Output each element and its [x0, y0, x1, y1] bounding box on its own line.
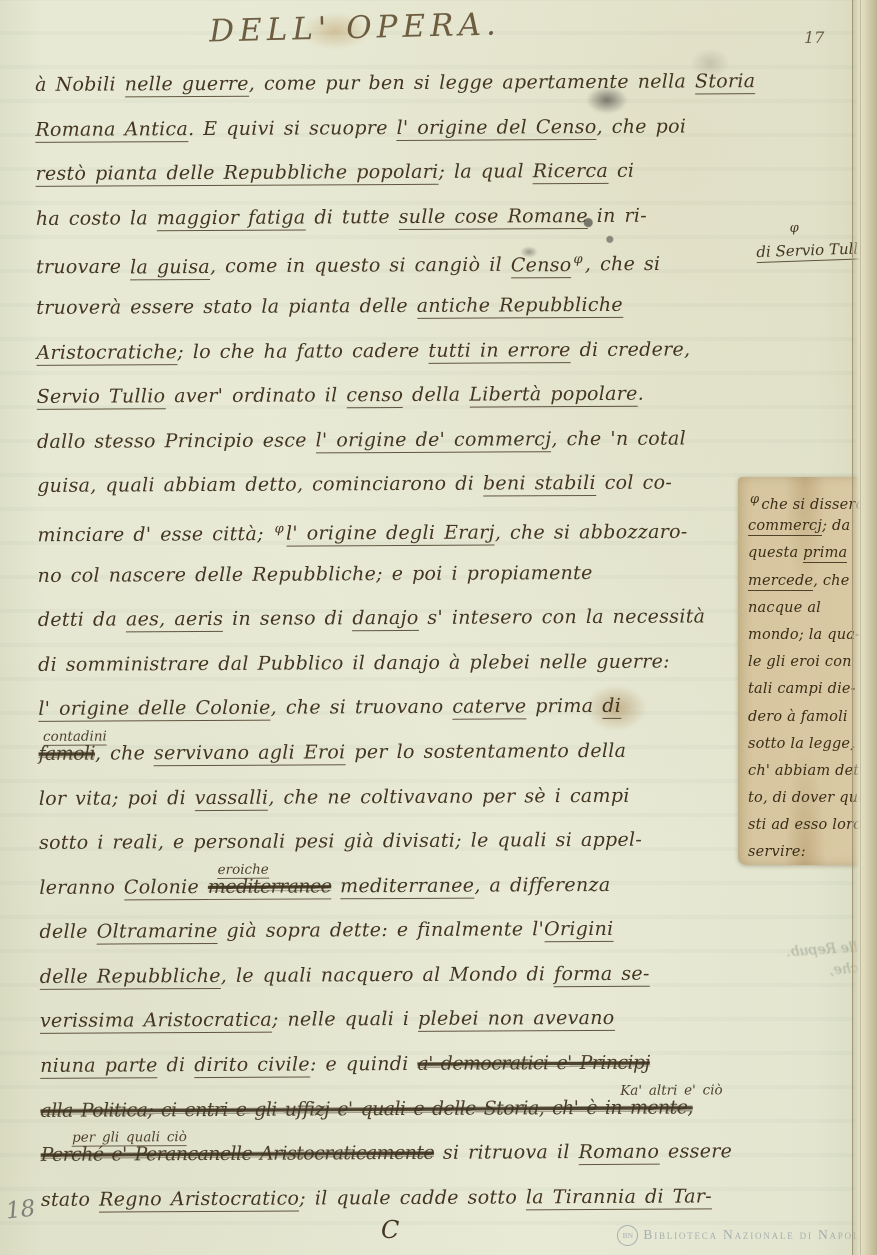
- text-segment: sotto i reali, e personali pesi già divi…: [39, 829, 642, 854]
- text-segment: aes, aeris: [126, 608, 224, 633]
- text-segment: , che: [95, 742, 154, 764]
- text-segment: Romana Antica: [35, 118, 188, 143]
- slip-line: tali campi die-: [748, 677, 868, 704]
- text-segment: in senso di: [223, 607, 352, 630]
- text-segment: le gli eroi con: [748, 654, 852, 670]
- text-segment: , che si truovano: [271, 696, 453, 719]
- text-segment: aver' ordinato il: [165, 384, 346, 407]
- text-segment: truoverà essere stato la pianta delle: [36, 295, 417, 319]
- text-segment: servivano agli Eroi: [154, 741, 346, 766]
- text-segment: . E quivi si scuopre: [188, 117, 397, 140]
- text-segment: Oltramarine: [97, 920, 218, 945]
- text-segment: alla Politica; ci entri e gli uffizj e' …: [40, 1096, 692, 1121]
- slip-line: φche si dissero: [748, 487, 868, 514]
- text-segment: Perché e' Perancanelle Aristocraticament…: [41, 1142, 434, 1166]
- slip-line: sotto la legge,: [748, 732, 868, 759]
- text-segment: ; la qual: [438, 160, 532, 182]
- text-segment: delle Repubbliche: [40, 965, 221, 990]
- text-segment: dero à famoli: [748, 709, 848, 725]
- text-segment: ha costo la: [36, 207, 157, 230]
- text-segment: , che: [813, 573, 849, 589]
- text-segment: l' origine delle Colonie: [38, 697, 270, 722]
- manuscript-line: minciare d' esse città; φl' origine degl…: [37, 506, 759, 554]
- text-segment: à Nobili: [35, 73, 125, 95]
- text-segment: Origini: [544, 918, 614, 942]
- text-segment: dallo stesso Principio esce: [37, 429, 316, 452]
- text-segment: ; da: [822, 518, 850, 534]
- manuscript-line: l' origine delle Colonie, che si truovan…: [38, 684, 760, 732]
- text-segment: , come in questo si cangiò il: [210, 254, 511, 278]
- text-segment: [331, 875, 340, 897]
- text-segment: forma se-: [554, 963, 650, 988]
- manuscript-line: guisa, quali abbiam detto, cominciarono …: [37, 461, 759, 509]
- text-segment: mercede: [748, 573, 813, 591]
- manuscript-line: restò pianta delle Repubbliche popolari;…: [35, 149, 757, 197]
- insertion-mark: φ: [275, 522, 284, 537]
- text-segment: commercj: [748, 518, 822, 536]
- text-segment: minciare d' esse città;: [37, 523, 272, 546]
- text-segment: stato: [41, 1188, 99, 1210]
- page-title: DELL' OPERA.: [140, 5, 571, 51]
- text-segment: antiche Repubbliche: [417, 294, 623, 319]
- slip-line: le gli eroi con: [748, 650, 868, 677]
- text-segment: col co-: [596, 472, 672, 494]
- text-segment: di: [602, 695, 621, 719]
- text-segment: , che si: [585, 253, 661, 275]
- text-segment: la guisa: [130, 256, 210, 280]
- text-segment: .: [638, 383, 644, 405]
- book-page-edge-line: [860, 0, 861, 1255]
- manuscript-line: truoverà essere stato la pianta delle an…: [36, 283, 758, 331]
- text-segment: plebei non avevano: [418, 1007, 615, 1032]
- text-segment: delle: [39, 921, 96, 943]
- text-segment: in ri-: [588, 204, 647, 226]
- text-segment: l' origine del Censo: [397, 116, 597, 141]
- text-segment: della: [403, 384, 469, 406]
- library-stamp: BN Biblioteca Nazionale di Napoli: [617, 1223, 865, 1247]
- text-segment: detti da: [38, 609, 126, 631]
- text-segment: leranno: [39, 876, 124, 898]
- manuscript-line: leranno Colonie mediterraneeeroiche medi…: [39, 863, 761, 911]
- text-segment: no col nascere delle Repubbliche; e poi …: [38, 562, 593, 587]
- text-segment: sti ad esso loro: [748, 817, 862, 833]
- text-segment: truovare: [36, 256, 130, 278]
- insertion-mark: φ: [750, 492, 759, 507]
- text-segment: si ritruova il: [434, 1141, 579, 1164]
- slip-line: nacque al: [748, 596, 868, 623]
- insertion-mark: φ: [573, 252, 582, 267]
- text-segment: di somministrare dal Pubblico il danajo …: [38, 650, 670, 675]
- text-segment: che si dissero: [761, 497, 864, 513]
- manuscript-line: à Nobili nelle guerre, come pur ben si l…: [35, 60, 757, 108]
- slip-line: servire:: [748, 840, 868, 867]
- slip-line: to, di dover que-: [748, 786, 868, 813]
- interlinear-insertion: eroiche: [218, 862, 269, 878]
- text-segment: , che poi: [596, 115, 686, 137]
- text-segment: Aristocratiche: [36, 341, 177, 366]
- text-segment: nacque al: [748, 600, 821, 616]
- slip-line: mercede, che: [748, 569, 868, 596]
- text-segment: Storia: [695, 70, 756, 94]
- library-monogram-icon: BN: [617, 1225, 638, 1246]
- folio-number-top: 17: [804, 28, 824, 47]
- manuscript-line: verissima Aristocratica; nelle quali i p…: [40, 997, 762, 1045]
- text-segment: Romano: [579, 1141, 660, 1165]
- text-segment: la Tirannia di Tar-: [526, 1185, 712, 1210]
- text-segment: verissima Aristocratica: [40, 1009, 272, 1034]
- text-segment: nelle guerre: [125, 73, 249, 98]
- manuscript-page: DELL' OPERA. 17 à Nobili nelle guerre, c…: [0, 0, 877, 1255]
- text-segment: s' intesero con la necessità: [418, 606, 705, 630]
- text-segment: Censo: [511, 254, 572, 278]
- interlinear-insertion: Ka' altri e' ciò: [620, 1083, 723, 1098]
- text-segment: , che ne coltivavano per sè i campi: [268, 784, 629, 808]
- folio-number-bottom-pencil: 18: [5, 1196, 37, 1225]
- text-segment: mediterraneeeroiche: [208, 875, 332, 900]
- text-segment: l' origine degli Erarj: [286, 522, 495, 547]
- slip-line: sti ad esso loro: [748, 813, 868, 840]
- slip-line: dero à famoli: [748, 705, 868, 732]
- text-segment: danajo: [352, 607, 418, 631]
- text-segment: : e quindi: [310, 1053, 418, 1076]
- manuscript-line: detti da aes, aeris in senso di danajo s…: [38, 595, 760, 643]
- manuscript-line: dallo stesso Principio esce l' origine d…: [37, 417, 759, 465]
- manuscript-line: lor vita; poi di vassalli, che ne coltiv…: [39, 774, 761, 822]
- slip-line: commercj; da: [748, 514, 868, 541]
- manuscript-line: delle Oltramarine già sopra dette: e fin…: [39, 907, 761, 955]
- text-segment: censo: [346, 384, 403, 408]
- book-page-edge: [852, 0, 877, 1255]
- manuscript-line: Perché e' Perancanelle Aristocraticament…: [41, 1130, 763, 1178]
- text-segment: , che si abbozzaro-: [495, 521, 688, 544]
- text-segment: essere: [659, 1141, 732, 1163]
- catchword: C: [381, 1216, 399, 1244]
- manuscript-line: alla Politica; ci entri e gli uffizj e' …: [40, 1086, 762, 1134]
- text-segment: ci: [608, 160, 634, 182]
- manuscript-line: ha costo la maggior fatiga di tutte sull…: [36, 194, 758, 242]
- interlinear-insertion: contadini: [43, 729, 107, 745]
- insertion-mark: φ: [789, 221, 799, 236]
- text-segment: caterve: [452, 696, 526, 720]
- slip-line: questa prima: [748, 541, 868, 568]
- text-segment: Ricerca: [533, 160, 609, 184]
- text-segment: niuna parte: [40, 1054, 158, 1079]
- text-segment: guisa, quali abbiam detto, cominciarono …: [37, 473, 483, 497]
- text-segment: per lo sostentamento della: [345, 740, 626, 763]
- text-segment: , come pur ben si legge apertamente nell…: [249, 70, 695, 94]
- text-segment: maggior fatiga: [157, 206, 306, 231]
- manuscript-line: sotto i reali, e personali pesi già divi…: [39, 818, 761, 866]
- manuscript-line: delle Repubbliche, le quali nacquero al …: [40, 952, 762, 1000]
- text-segment: ; nelle quali i: [272, 1008, 418, 1031]
- text-segment: a' democratici e' Principj: [417, 1052, 649, 1075]
- manuscript-line: Aristocratiche; lo che ha fatto cadere t…: [36, 328, 758, 376]
- text-segment: , che 'n cotal: [551, 427, 686, 450]
- manuscript-line: truovare la guisa, come in questo si can…: [36, 238, 758, 286]
- manuscript-line: no col nascere delle Repubbliche; e poi …: [38, 551, 760, 599]
- text-segment: restò pianta delle Repubbliche popolari: [35, 161, 438, 187]
- text-segment: lor vita; poi di: [39, 787, 195, 810]
- library-stamp-text: Biblioteca Nazionale di Napoli: [643, 1227, 865, 1243]
- text-segment: ch' abbiam det-: [748, 763, 865, 779]
- manuscript-line: di somministrare dal Pubblico il danajo …: [38, 640, 760, 688]
- text-segment: di credere,: [571, 338, 691, 361]
- manuscript-line: famolicontadini, che servivano agli Eroi…: [38, 729, 760, 777]
- slip-line: mondo; la qua-: [748, 623, 868, 650]
- manuscript-line: Romana Antica. E quivi si scuopre l' ori…: [35, 105, 757, 153]
- text-segment: tali campi die-: [748, 681, 856, 697]
- text-segment: Servio Tullio: [37, 385, 166, 410]
- text-segment: sotto la legge,: [748, 736, 855, 752]
- text-segment: questa: [748, 545, 803, 561]
- text-segment: tutti in errore: [428, 339, 570, 364]
- text-segment: di: [158, 1054, 195, 1076]
- text-segment: , a differenza: [474, 874, 610, 897]
- text-segment: famolicontadini: [39, 742, 95, 764]
- text-segment: Libertà popolare: [469, 383, 638, 408]
- text-segment: dirito civile: [194, 1054, 310, 1079]
- manuscript-line: stato Regno Aristocratico; il quale cadd…: [41, 1175, 763, 1223]
- manuscript-line: Servio Tullio aver' ordinato il censo de…: [37, 372, 759, 420]
- text-segment: , le quali nacquero al Mondo di: [221, 963, 554, 987]
- slip-line: ch' abbiam det-: [748, 759, 868, 786]
- text-segment: sulle cose Romane: [399, 205, 588, 230]
- text-segment: ; lo che ha fatto cadere: [177, 339, 428, 362]
- text-segment: Colonie: [124, 876, 208, 900]
- text-segment: prima: [526, 695, 602, 717]
- text-segment: ; il quale cadde sotto: [299, 1186, 526, 1209]
- text-segment: l' origine de' commercj: [316, 428, 552, 453]
- text-segment: beni stabili: [483, 472, 596, 497]
- text-segment: mondo; la qua-: [748, 627, 860, 643]
- text-segment: di tutte: [305, 206, 398, 228]
- manuscript-text-block: à Nobili nelle guerre, come pur ben si l…: [35, 60, 763, 1223]
- text-segment: Regno Aristocratico: [99, 1187, 299, 1212]
- text-segment: già sopra dette: e finalmente l': [218, 919, 545, 943]
- text-segment: mediterranee: [340, 874, 474, 899]
- text-segment: vassalli: [195, 786, 269, 810]
- text-segment: servire:: [748, 844, 806, 860]
- interlinear-insertion: per gli quali ciò: [72, 1130, 187, 1147]
- text-segment: prima: [803, 545, 847, 563]
